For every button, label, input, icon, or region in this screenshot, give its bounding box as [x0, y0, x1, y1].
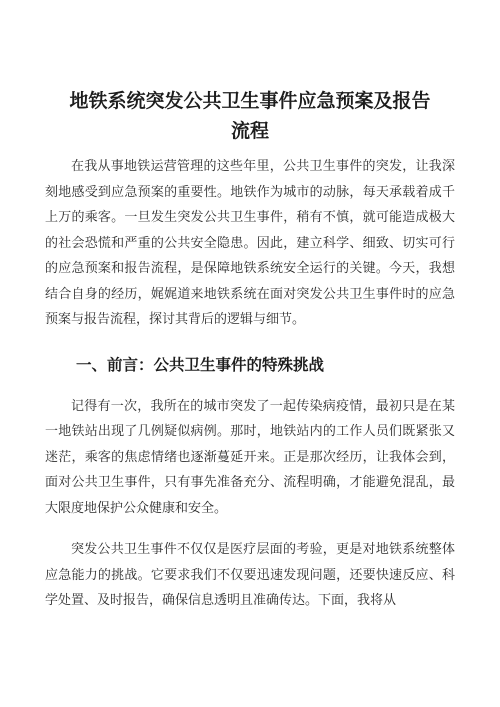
document-title: 地铁系统突发公共卫生事件应急预案及报告 流程: [45, 86, 455, 146]
body-paragraph-1: 记得有一次，我所在的城市突发了一起传染病疫情，最初只是在某一地铁站出现了几例疑似…: [45, 394, 455, 522]
document-title-line-2: 流程: [45, 116, 455, 146]
document-title-line-1: 地铁系统突发公共卫生事件应急预案及报告: [45, 86, 455, 116]
intro-paragraph: 在我从事地铁运营管理的这些年里，公共卫生事件的突发，让我深刻地感受到应急预案的重…: [45, 154, 455, 333]
document-page: 地铁系统突发公共卫生事件应急预案及报告 流程 在我从事地铁运营管理的这些年里，公…: [0, 0, 500, 707]
body-paragraph-2: 突发公共卫生事件不仅仅是医疗层面的考验，更是对地铁系统整体应急能力的挑战。它要求…: [45, 537, 455, 614]
section-heading-1: 一、前言：公共卫生事件的特殊挑战: [45, 351, 455, 380]
